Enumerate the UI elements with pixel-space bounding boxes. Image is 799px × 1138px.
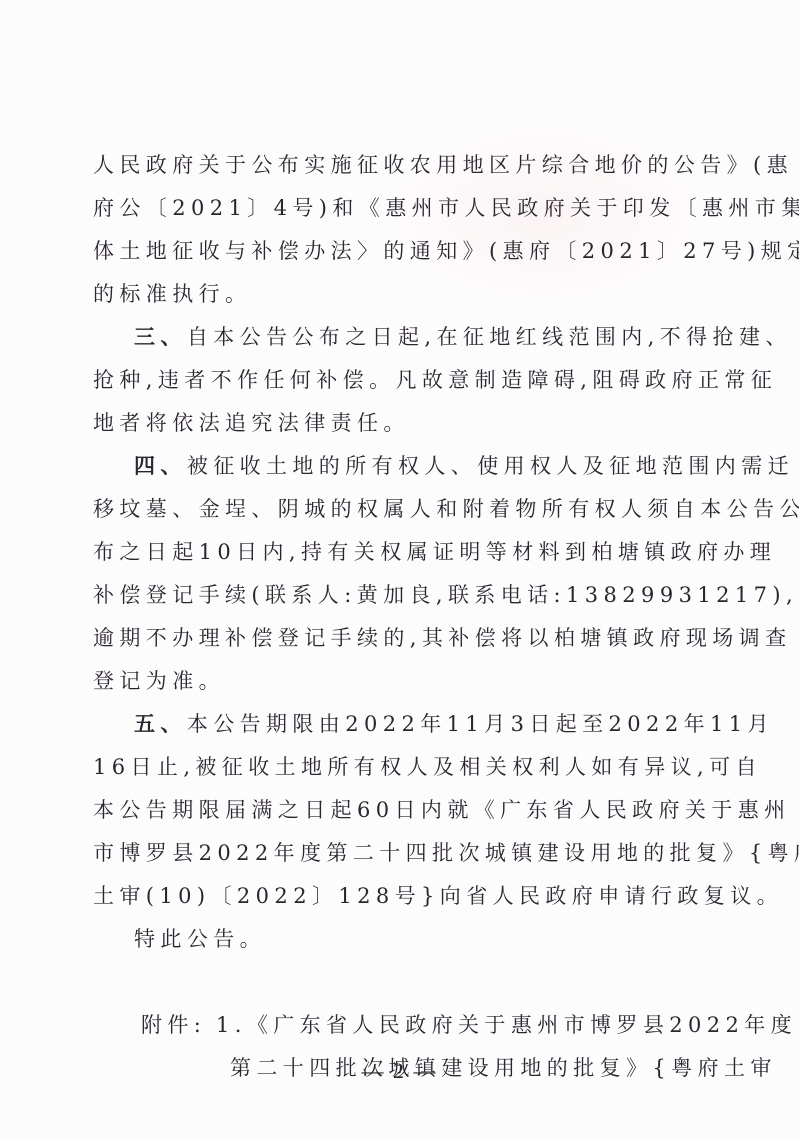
text-line: 府公〔2021〕4号)和《惠州市人民政府关于印发〔惠州市集 xyxy=(93,193,799,223)
text-line: 移坟墓、金埕、阴城的权属人和附着物所有权人须自本公告公 xyxy=(93,494,799,524)
text-line: 抢种,违者不作任何补偿。凡故意制造障碍,阻碍政府正常征 xyxy=(93,365,777,395)
text-line: 补偿登记手续(联系人:黄加良,联系电话:13829931217), xyxy=(93,580,798,610)
text-line: 登记为准。 xyxy=(93,666,225,696)
text-line: 地者将依法追究法律责任。 xyxy=(93,408,410,438)
section-3-heading: 三、 xyxy=(134,324,187,349)
section-4-first-line: 四、被征收土地的所有权人、使用权人及征地范围内需迁 xyxy=(134,451,794,481)
section-5-first-line: 五、本公告期限由2022年11月3日起至2022年11月 xyxy=(134,709,774,739)
text-line: 的标准执行。 xyxy=(93,279,251,309)
attachment-line: 1.《广东省人民政府关于惠州市博罗县2022年度 xyxy=(216,1010,797,1040)
text-line: 逾期不办理补偿登记手续的,其补偿将以柏塘镇政府现场调查 xyxy=(93,623,791,653)
page-number: — 2 — xyxy=(0,1058,799,1084)
closing-text: 特此公告。 xyxy=(134,924,266,954)
text-line: 市博罗县2022年度第二十四批次城镇建设用地的批复》{粤府 xyxy=(93,838,799,868)
section-3-first-line: 三、自本公告公布之日起,在征地红线范围内,不得抢建、 xyxy=(134,322,792,352)
text-line: 土审(10)〔2022〕128号}向省人民政府申请行政复议。 xyxy=(93,881,783,911)
text-line: 体土地征收与补偿办法〉的通知》(惠府〔2021〕27号)规定 xyxy=(93,236,799,266)
document-page: 人民政府关于公布实施征收农用地区片综合地价的公告》(惠 府公〔2021〕4号)和… xyxy=(0,0,799,1138)
section-4-heading: 四、 xyxy=(134,453,187,478)
text-line: 布之日起10日内,持有关权属证明等材料到柏塘镇政府办理 xyxy=(93,537,776,567)
attachment-label: 附件: xyxy=(141,1010,206,1040)
text-line: 人民政府关于公布实施征收农用地区片综合地价的公告》(惠 xyxy=(93,150,793,180)
section-5-heading: 五、 xyxy=(134,711,187,736)
text-line: 本公告期限届满之日起60日内就《广东省人民政府关于惠州 xyxy=(93,795,791,825)
text-line: 16日止,被征收土地所有权人及相关权利人如有异议,可自 xyxy=(93,752,762,782)
